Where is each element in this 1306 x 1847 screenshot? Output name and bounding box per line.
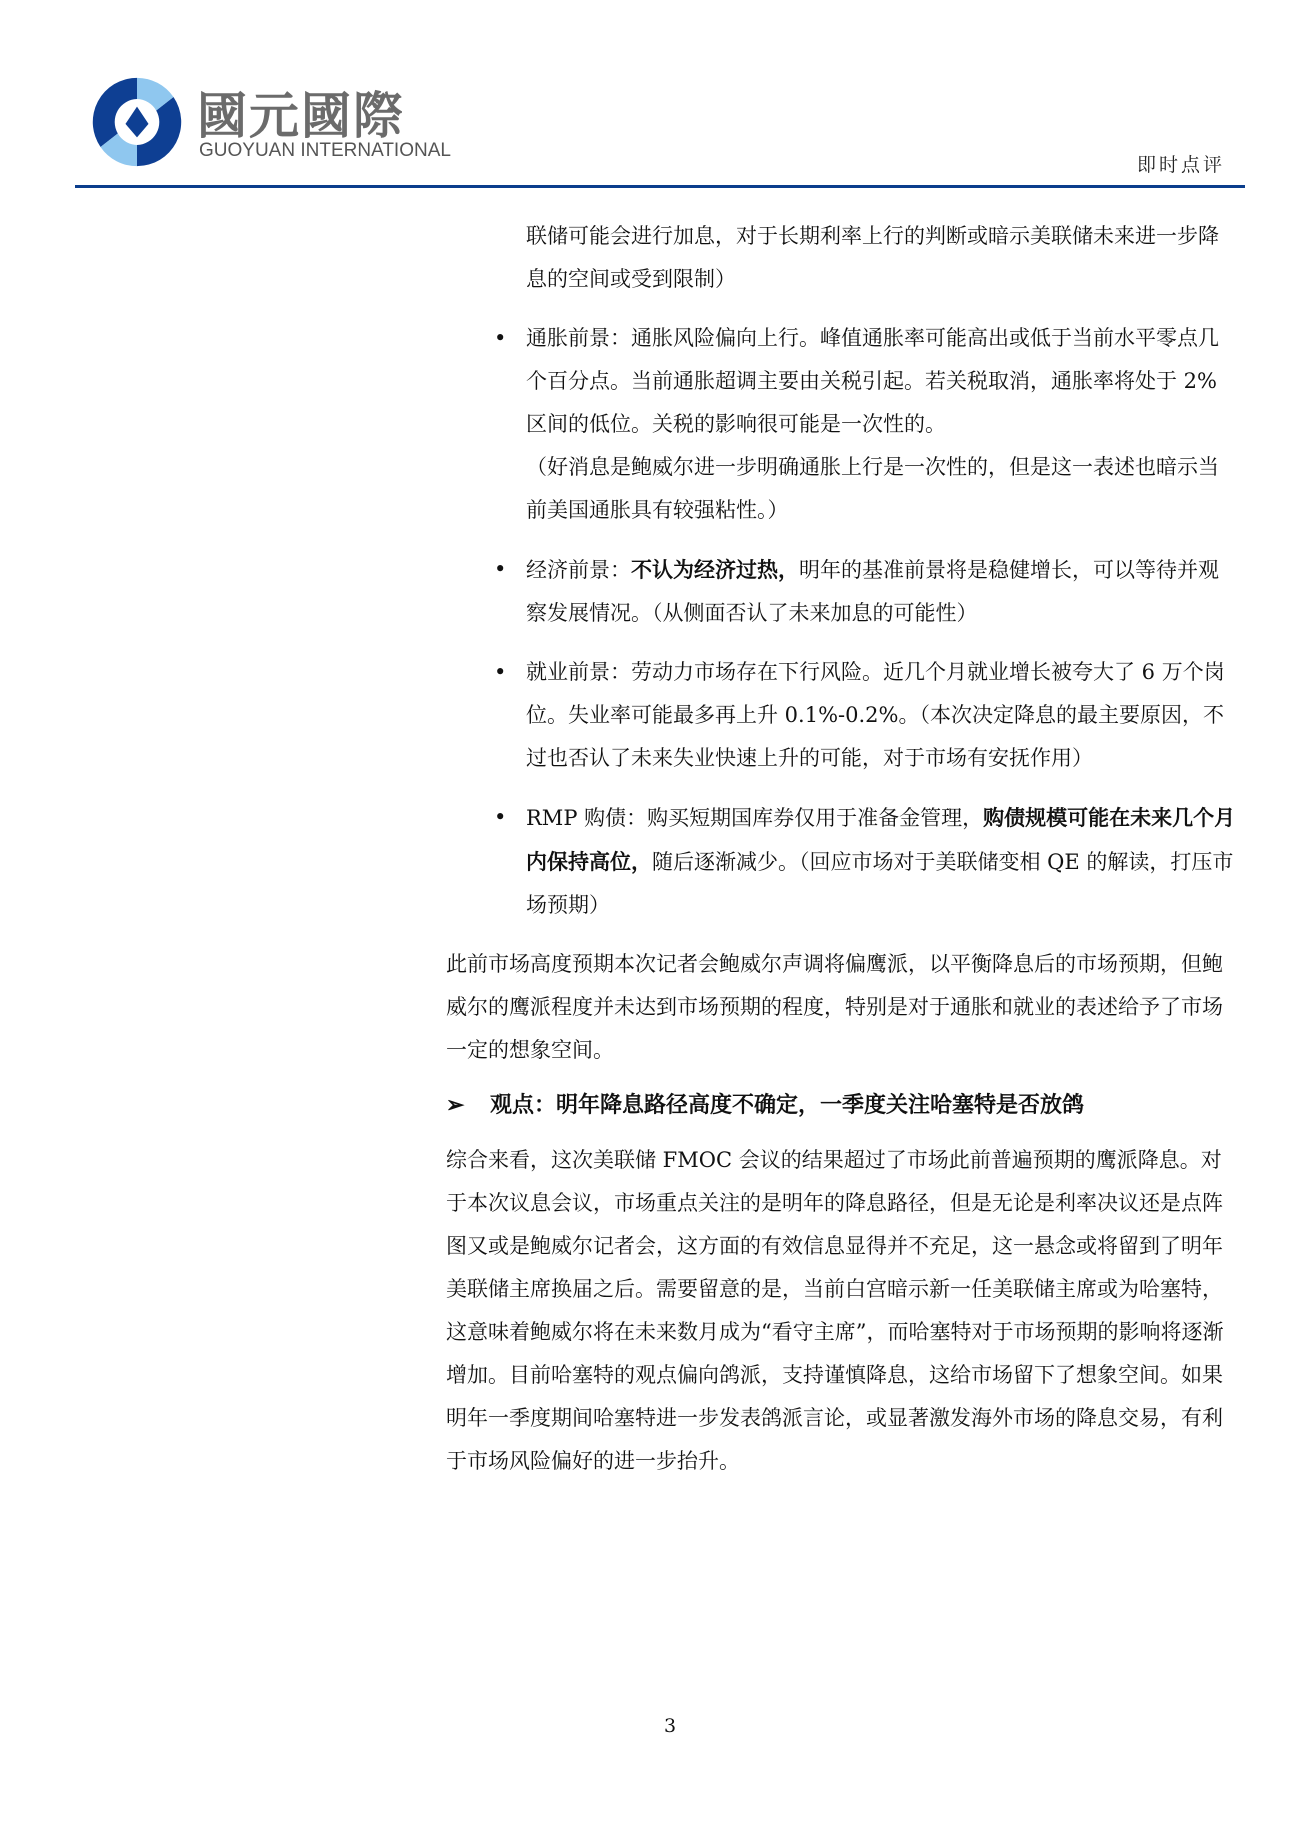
document-type-label: 即时点评 bbox=[1137, 150, 1225, 177]
bullet-economy: •经济前景：不认为经济过热，明年的基准前景将是稳健增长，可以等待并观察发展情况。… bbox=[486, 548, 1236, 635]
bullet-dot-icon: • bbox=[494, 651, 506, 694]
bullet-text-before: 购买短期国库券仅用于准备金管理， bbox=[647, 806, 983, 830]
arrow-marker-icon: ➢ bbox=[446, 1084, 464, 1127]
bullet-bold-text: 不认为经济过热， bbox=[631, 557, 799, 582]
bullet-label: 就业前景： bbox=[526, 660, 631, 684]
bullet-employment: •就业前景：劳动力市场存在下行风险。近几个月就业增长被夸大了 6 万个岗位。失业… bbox=[486, 651, 1236, 780]
section-heading: ➢ 观点：明年降息路径高度不确定，一季度关注哈塞特是否放鸽 bbox=[446, 1084, 1236, 1127]
bullet-dot-icon: • bbox=[494, 548, 506, 591]
document-body: 联储可能会进行加息，对于长期利率上行的判断或暗示美联储未来进一步降息的空间或受到… bbox=[486, 215, 1236, 1483]
bullet-note: （好消息是鲍威尔进一步明确通胀上行是一次性的，但是这一表述也暗示当前美国通胀具有… bbox=[486, 446, 1236, 532]
continuation-text: 联储可能会进行加息，对于长期利率上行的判断或暗示美联储未来进一步降息的空间或受到… bbox=[486, 215, 1236, 301]
bullet-label: RMP 购债： bbox=[526, 806, 647, 830]
bullet-text: 劳动力市场存在下行风险。近几个月就业增长被夸大了 6 万个岗位。失业率可能最多再… bbox=[526, 660, 1225, 770]
summary-paragraph: 此前市场高度预期本次记者会鲍威尔声调将偏鹰派，以平衡降息后的市场预期，但鲍威尔的… bbox=[446, 943, 1236, 1072]
section-heading-text: 观点：明年降息路径高度不确定，一季度关注哈塞特是否放鸽 bbox=[490, 1092, 1084, 1118]
header-divider bbox=[75, 185, 1245, 188]
bullet-dot-icon: • bbox=[494, 796, 506, 839]
bullet-label: 经济前景： bbox=[526, 558, 631, 582]
conclusion-paragraph: 综合来看，这次美联储 FMOC 会议的结果超过了市场此前普遍预期的鹰派降息。对于… bbox=[446, 1139, 1236, 1483]
bullet-inflation: •通胀前景：通胀风险偏向上行。峰值通胀率可能高出或低于当前水平零点几个百分点。当… bbox=[486, 317, 1236, 532]
page-header: 國元國際 GUOYUAN INTERNATIONAL 即时点评 bbox=[75, 70, 1245, 190]
page-number: 3 bbox=[664, 1715, 676, 1737]
logo-english-name: GUOYUAN INTERNATIONAL bbox=[199, 140, 451, 162]
bullet-label: 通胀前景： bbox=[526, 326, 631, 350]
bullet-dot-icon: • bbox=[494, 317, 506, 360]
guoyuan-logo-icon bbox=[89, 74, 185, 170]
bullet-rmp: •RMP 购债：购买短期国库券仅用于准备金管理，购债规模可能在未来几个月内保持高… bbox=[486, 796, 1236, 927]
logo-chinese-name: 國元國際 bbox=[197, 76, 405, 148]
